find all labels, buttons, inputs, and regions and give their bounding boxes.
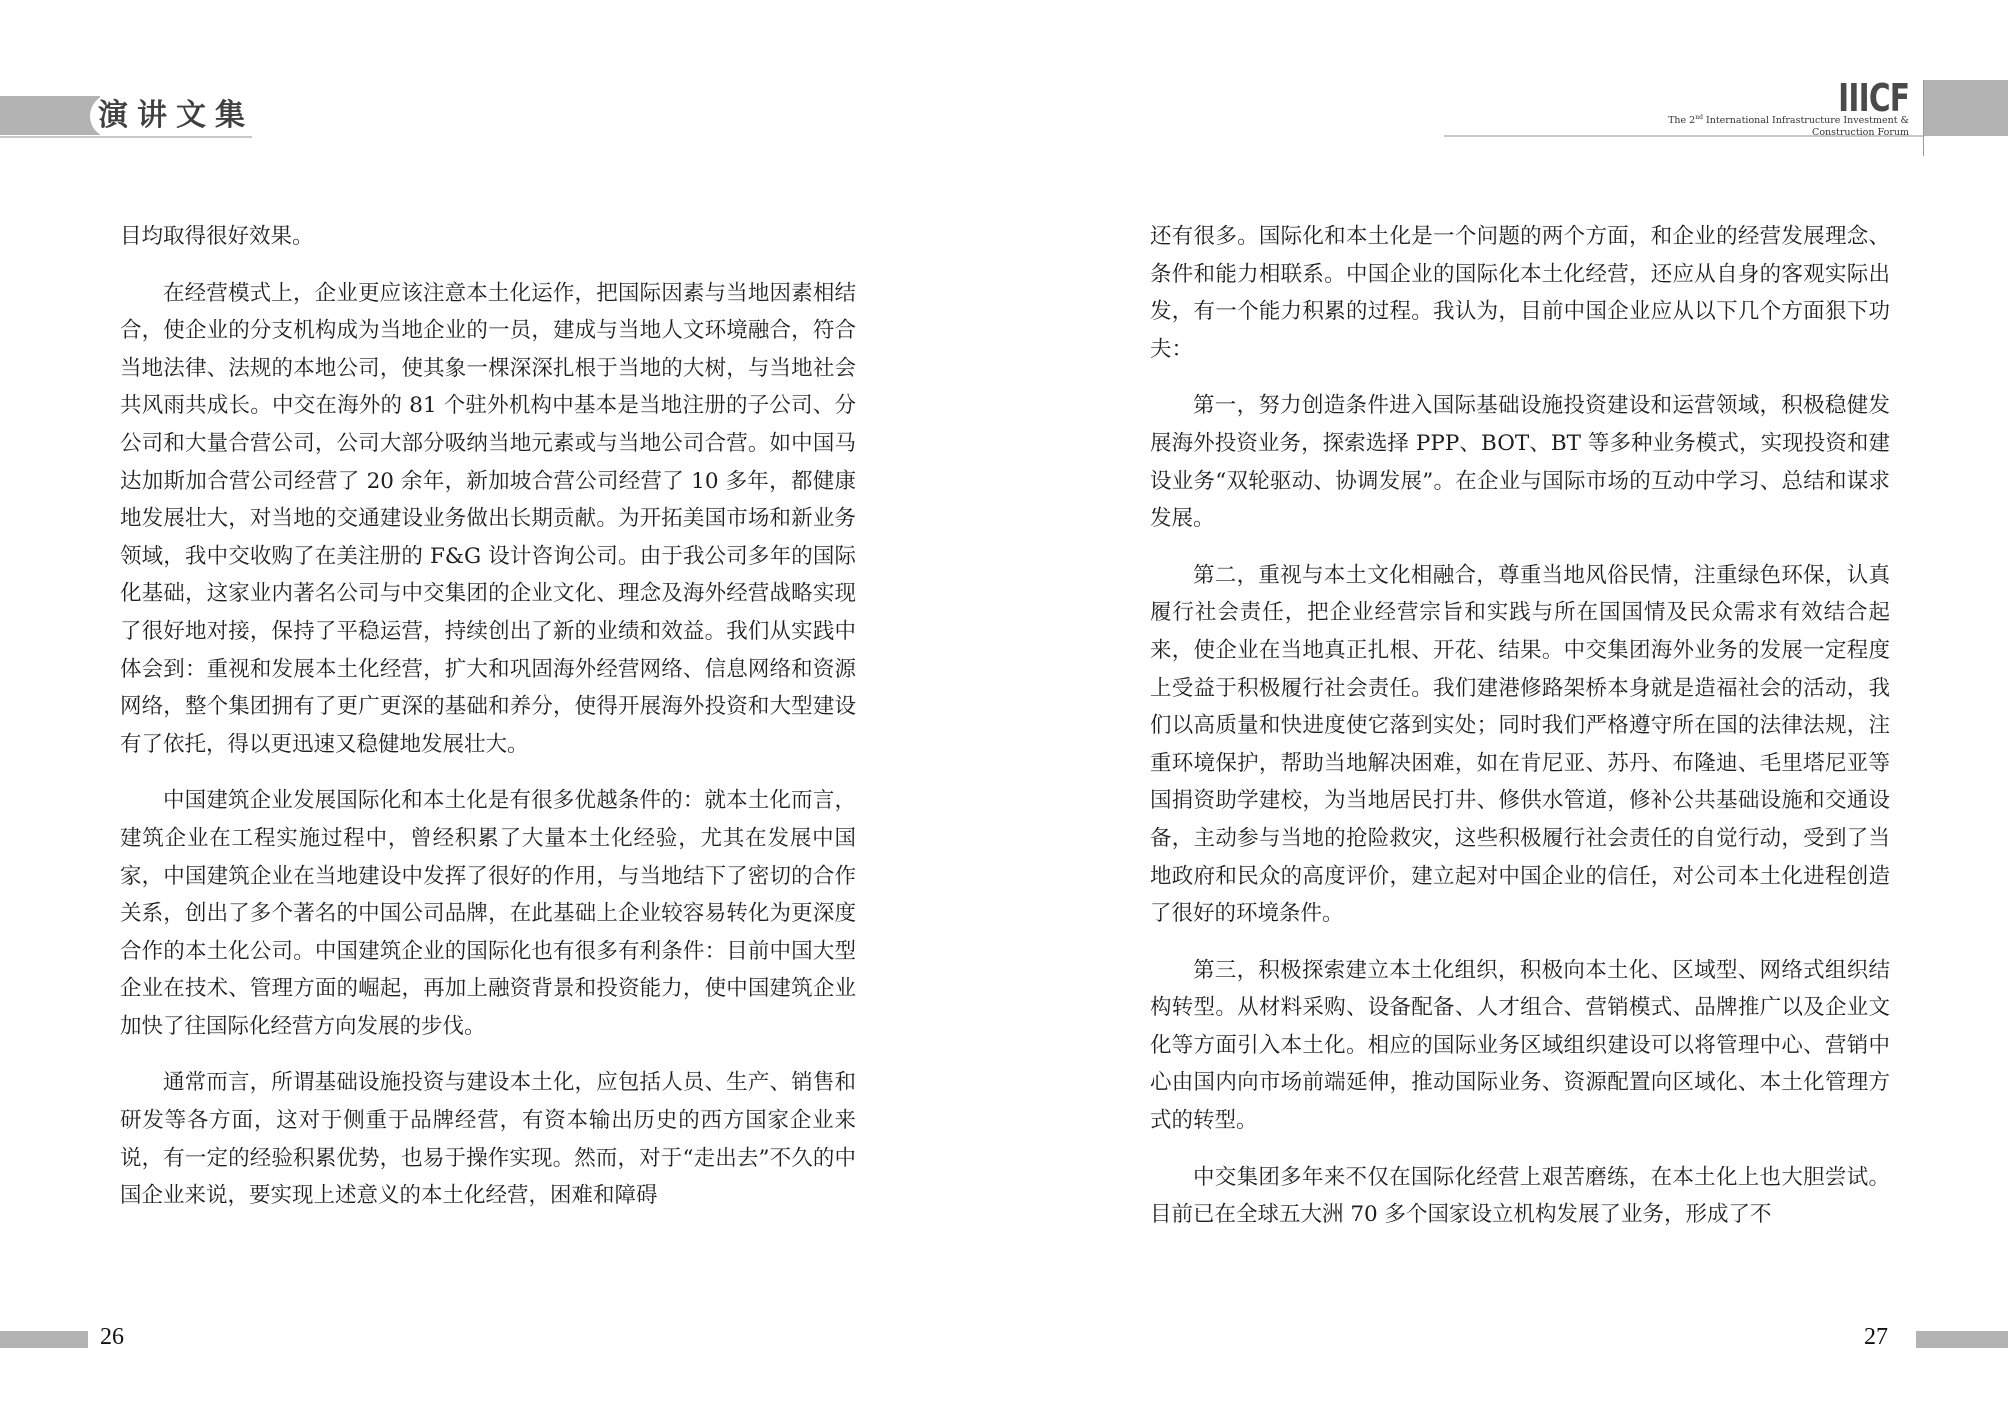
forum-name-suffix: International Infrastructure Investment …: [1703, 115, 1909, 126]
forum-name-line2: Construction Forum: [1668, 127, 1909, 139]
paragraph: 中国建筑企业发展国际化和本土化是有很多优越条件的：就本土化而言，建筑企业在工程实…: [120, 782, 856, 1045]
paragraph: 第二，重视与本土文化相融合，尊重当地风俗民情，注重绿色环保，认真履行社会责任，把…: [1150, 557, 1890, 933]
paragraph: 通常而言，所谓基础设施投资与建设本土化，应包括人员、生产、销售和研发等各方面，这…: [120, 1064, 856, 1214]
paragraph: 目均取得很好效果。: [120, 218, 856, 256]
header-right-divider: [1444, 135, 1924, 137]
forum-ordinal-sup: nd: [1695, 114, 1703, 121]
forum-name-line1: The 2nd International Infrastructure Inv…: [1668, 112, 1909, 127]
forum-name-prefix: The 2: [1668, 115, 1695, 126]
paragraph: 还有很多。国际化和本土化是一个问题的两个方面，和企业的经营发展理念、条件和能力相…: [1150, 218, 1890, 368]
paragraph: 第三，积极探索建立本土化组织，积极向本土化、区域型、网络式组织结构转型。从材料采…: [1150, 952, 1890, 1140]
footer-right-gray-band: [1916, 1331, 2008, 1348]
header-right-gray-band: [1924, 80, 2008, 136]
page-number-left: 26: [100, 1324, 124, 1351]
book-section-title: 演讲文集: [98, 96, 254, 136]
paragraph: 中交集团多年来不仅在国际化经营上艰苦磨练，在本土化上也大胆尝试。目前已在全球五大…: [1150, 1159, 1890, 1234]
left-page-body: 目均取得很好效果。 在经营模式上，企业更应该注意本土化运作，把国际因素与当地因素…: [120, 218, 856, 1234]
paragraph: 在经营模式上，企业更应该注意本土化运作，把国际因素与当地因素相结合，使企业的分支…: [120, 275, 856, 764]
paragraph: 第一，努力创造条件进入国际基础设施投资建设和运营领域，积极稳健发展海外投资业务，…: [1150, 387, 1890, 537]
right-page-body: 还有很多。国际化和本土化是一个问题的两个方面，和企业的经营发展理念、条件和能力相…: [1150, 218, 1890, 1253]
page-number-right: 27: [1864, 1324, 1888, 1351]
footer-left-gray-band: [0, 1331, 88, 1348]
header-right-vertical-divider: [1923, 80, 1924, 156]
header-left-gray-band: [0, 96, 100, 135]
header-left-divider: [0, 136, 252, 138]
